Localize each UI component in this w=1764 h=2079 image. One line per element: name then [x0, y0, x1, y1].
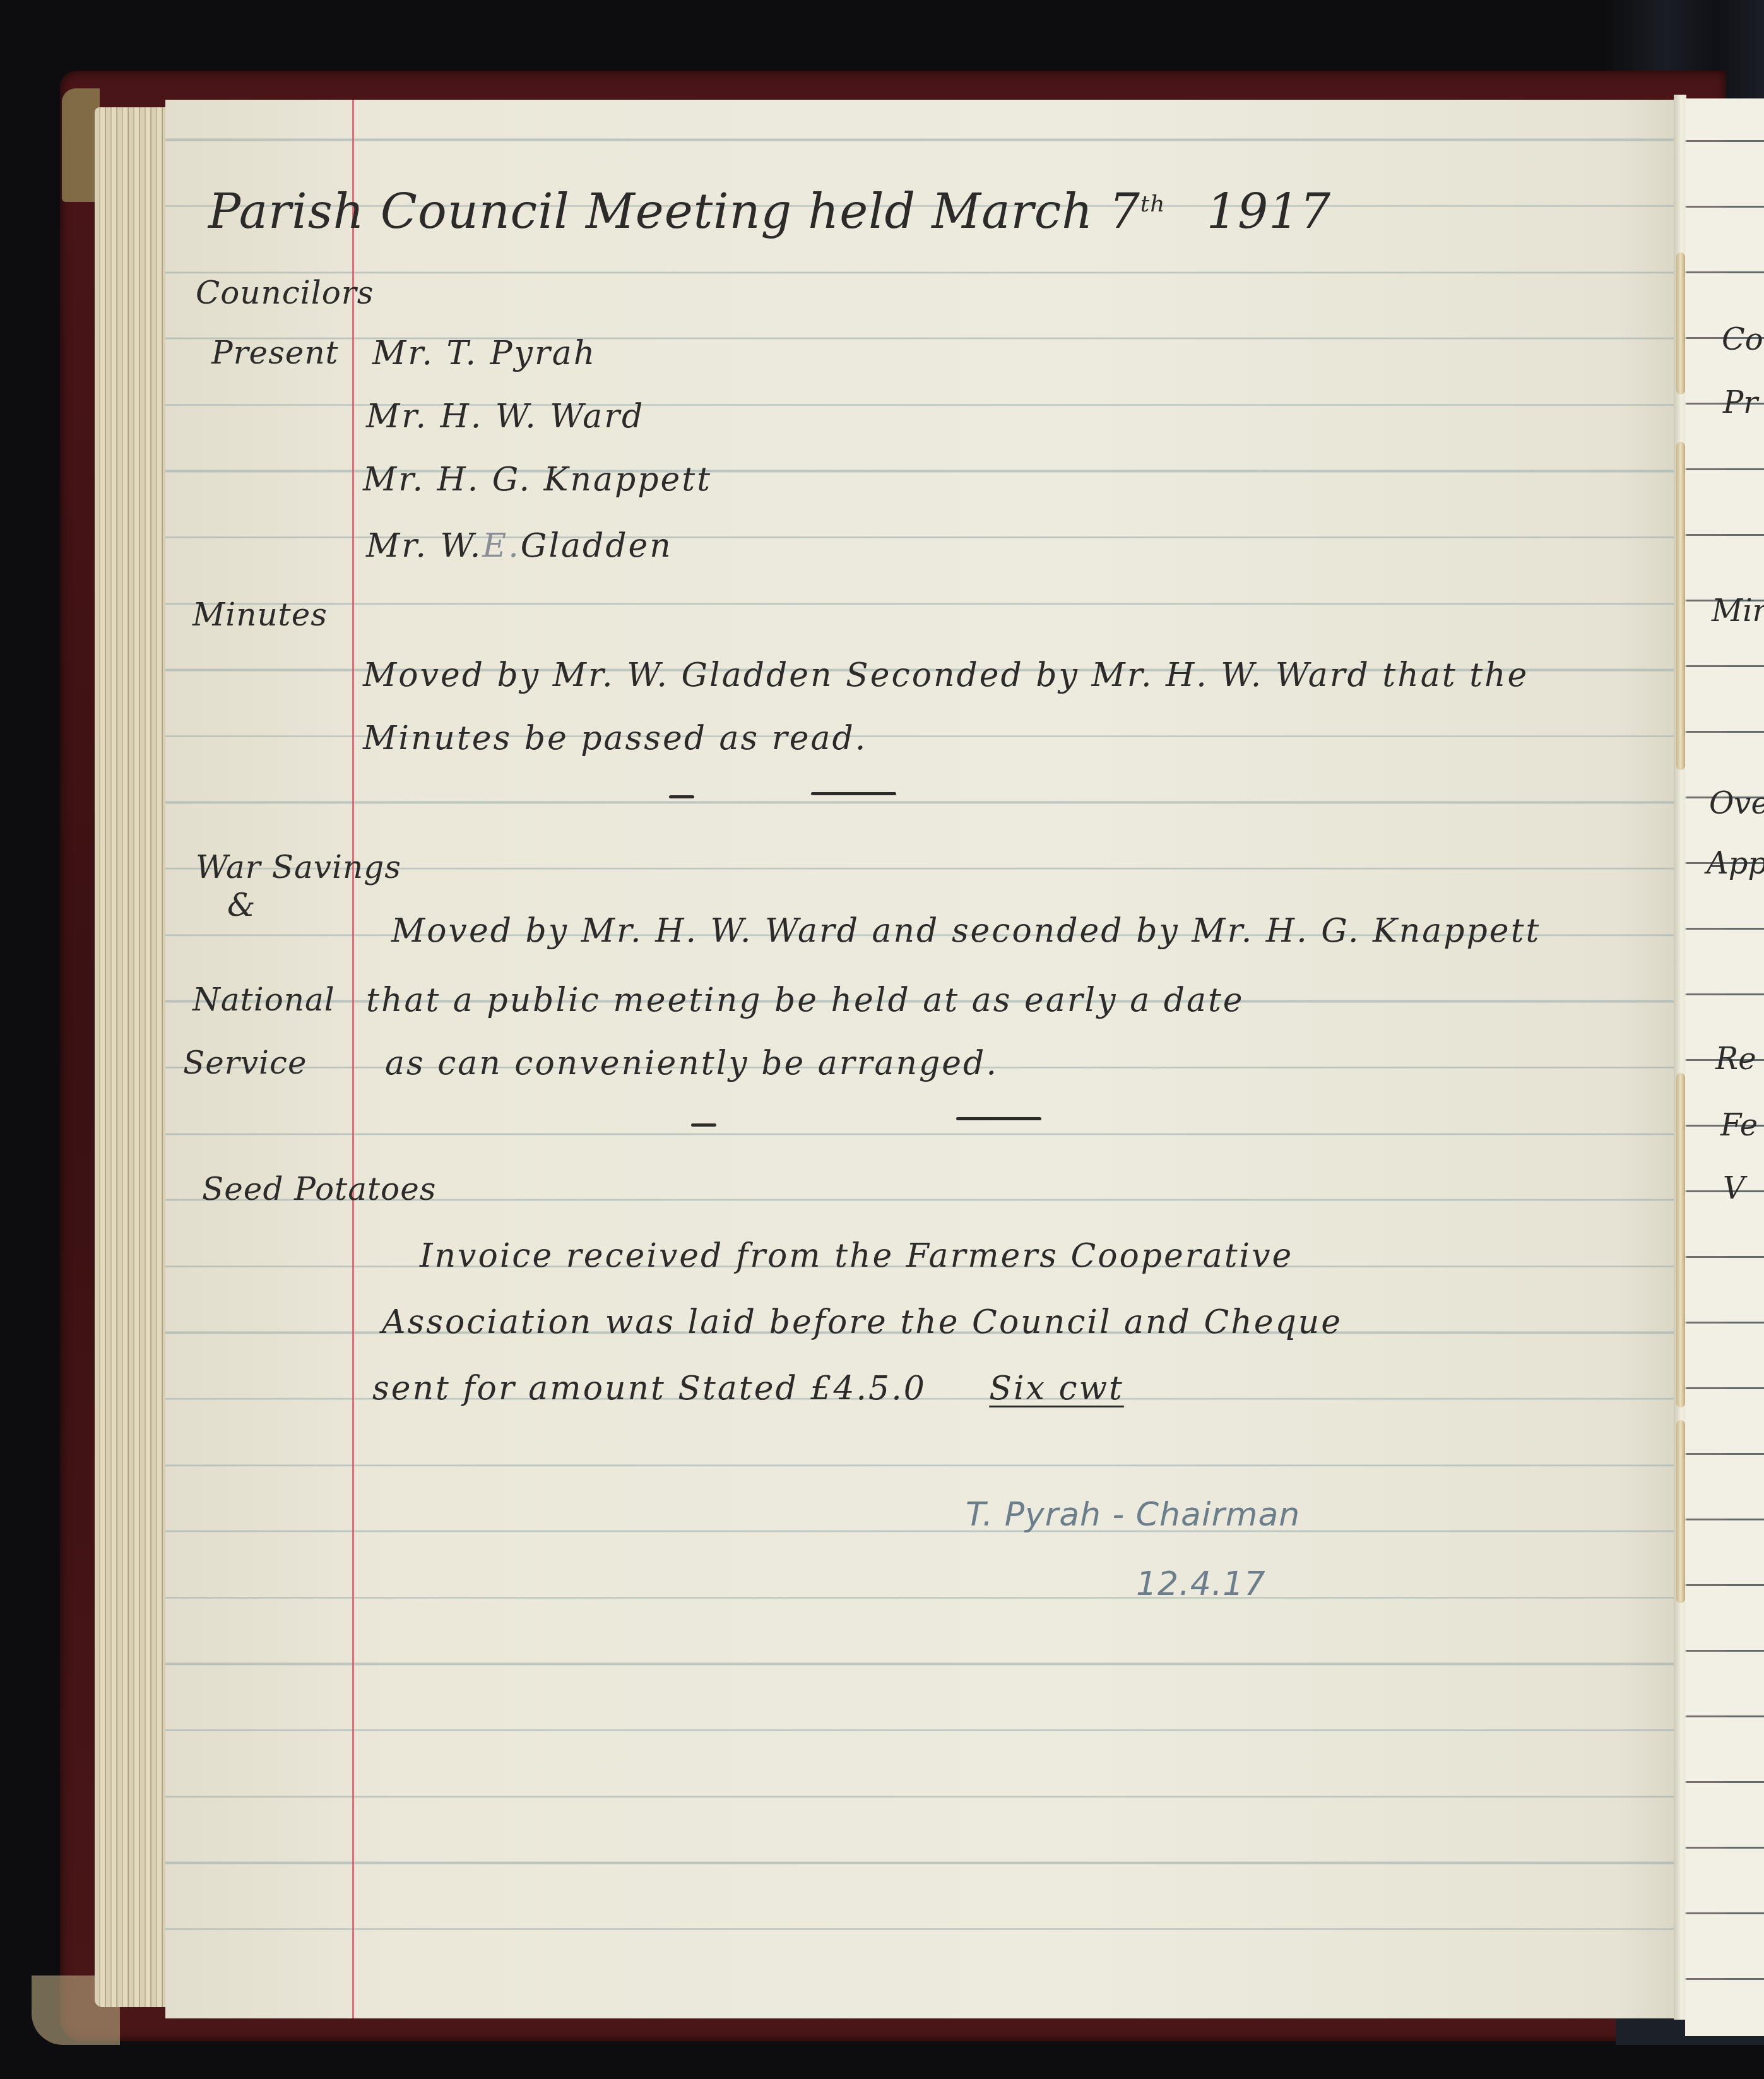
title-text: Parish Council Meeting held March 7: [208, 183, 1140, 239]
facing-page-fragment: V: [1723, 1171, 1745, 1206]
signature-separator: -: [1113, 1496, 1125, 1534]
red-margin-rule: [352, 100, 354, 2018]
facing-page-fragment: Re: [1715, 1041, 1756, 1077]
facing-page-fragment: Ove: [1709, 786, 1764, 821]
signature-role: Chairman: [1136, 1496, 1300, 1534]
signature-date: 12.4.17: [1136, 1565, 1265, 1603]
seed-potatoes-line: Invoice received from the Farmers Cooper…: [420, 1237, 1293, 1275]
attendee-prefix: Mr.: [366, 527, 428, 565]
facing-page-fragment: App: [1707, 846, 1764, 881]
attendee-prefix: Mr.: [363, 461, 425, 499]
worn-cover-corner-top: [62, 88, 100, 202]
section-divider-dash: [691, 1123, 716, 1127]
margin-label-national: National: [192, 981, 335, 1018]
war-savings-line: as can conveniently be arranged.: [385, 1045, 998, 1082]
section-divider-dash: [811, 792, 896, 795]
margin-label-minutes: Minutes: [192, 596, 328, 633]
attendee-name: H. G. Knappett: [437, 461, 712, 499]
attendee: Mr. H. W. Ward: [366, 398, 644, 435]
seed-potatoes-line: sent for amount Stated £4.5.0 Six cwt: [372, 1370, 1124, 1407]
binding-stitch-bottom: [1676, 1420, 1685, 1603]
facing-page-fragment: Pr: [1723, 385, 1758, 420]
attendee-surname: Gladden: [521, 527, 673, 565]
attendee-prefix: Mr.: [372, 335, 434, 372]
margin-label-seed-potatoes: Seed Potatoes: [202, 1171, 436, 1207]
binding-stitch-top: [1676, 252, 1685, 394]
page-edges-stack: [95, 107, 170, 2007]
facing-page-fragment: Con: [1722, 322, 1764, 357]
minutes-line: Minutes be passed as read.: [363, 720, 867, 757]
margin-label-present: Present: [211, 335, 339, 371]
binding-stitch: [1676, 1073, 1685, 1407]
seed-potatoes-quantity: Six cwt: [989, 1370, 1124, 1407]
page-title: Parish Council Meeting held March 7th 19…: [208, 183, 1331, 239]
margin-label-ampersand: &: [227, 887, 256, 923]
attendee-initial: W.: [440, 527, 482, 565]
signature-name: T. Pyrah: [966, 1496, 1101, 1534]
war-savings-line: that a public meeting be held at as earl…: [366, 981, 1245, 1019]
facing-page-fragment: Fe: [1720, 1108, 1758, 1143]
seed-potatoes-line: Association was laid before the Council …: [382, 1303, 1342, 1341]
section-divider-dash: [956, 1117, 1041, 1120]
margin-label-war-savings: War Savings: [196, 849, 401, 885]
margin-label-service: Service: [183, 1045, 307, 1081]
minutes-line: Moved by Mr. W. Gladden Seconded by Mr. …: [363, 656, 1529, 694]
attendee: Mr. H. G. Knappett: [363, 461, 712, 499]
attendee: Mr. T. Pyrah: [372, 335, 596, 372]
war-savings-line: Moved by Mr. H. W. Ward and seconded by …: [391, 912, 1541, 950]
binding-stitch: [1676, 442, 1685, 770]
seed-potatoes-amount-text: sent for amount Stated £4.5.0: [372, 1370, 926, 1407]
title-ordinal: th: [1140, 191, 1166, 217]
margin-label-councilors: Councilors: [196, 275, 374, 311]
title-year: 1917: [1207, 183, 1331, 239]
chairman-signature: T. Pyrah - Chairman: [966, 1496, 1300, 1534]
attendee-name: H. W. Ward: [440, 398, 644, 435]
attendee-prefix: Mr.: [366, 398, 428, 435]
facing-page-fragment: Min: [1712, 593, 1764, 629]
attendee: Mr. W.E.Gladden: [366, 527, 673, 565]
pencil-inserted-initial: E.: [482, 527, 521, 565]
attendee-name: T. Pyrah: [446, 335, 596, 372]
section-divider-dash: [669, 795, 694, 798]
